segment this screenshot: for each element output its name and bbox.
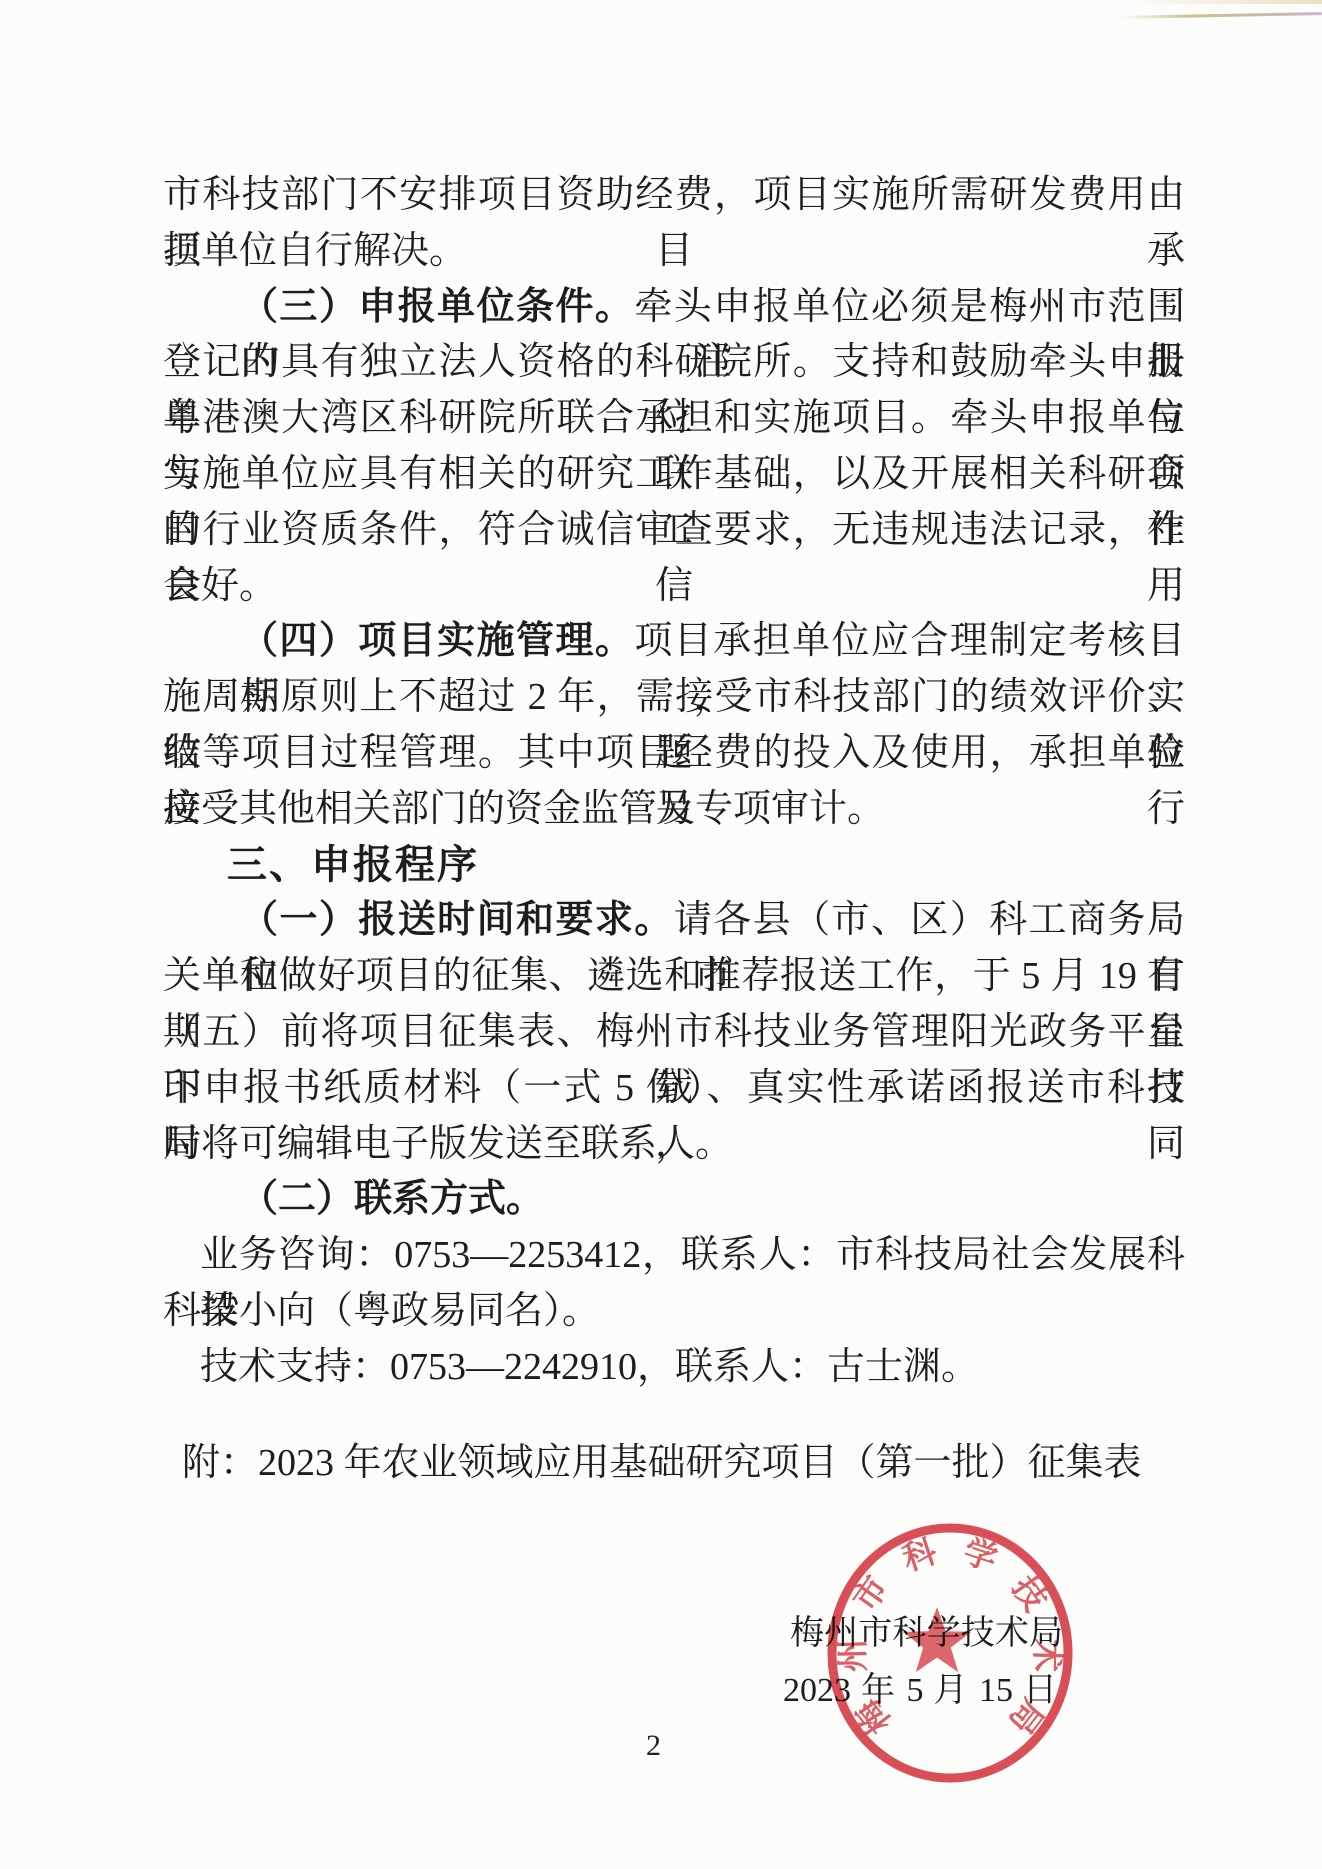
attachment-line: 附：2023 年农业领域应用基础研究项目（第一批）征集表 [163,1436,1185,1492]
document-lines: 市科技部门不安排项目资助经费，项目实施所需研发费用由项目承担单位自行解决。（三）… [163,168,1185,1396]
text-line: 印申报书纸质材料（一式 5 份）、真实性承诺函报送市科技局，同 [163,1061,1185,1117]
text-line: 粤港澳大湾区科研院所联合承担和实施项目。牵头申报单位与联合 [163,391,1185,447]
text-line: 技术支持：0753—2242910，联系人：古士渊。 [163,1340,1185,1396]
text-line: 业务咨询：0753—2253412，联系人：市科技局社会发展科技 [163,1228,1185,1284]
text-line: 科梁小向（粤政易同名）。 [163,1284,1185,1340]
text-line: 施周期原则上不超过 2 年，需接受市科技部门的绩效评价、结题验 [163,670,1185,726]
seal-text-char: 术 [1028,1639,1066,1673]
seal-star-icon [903,1607,971,1672]
text-line: 关单位做好项目的征集、遴选和推荐报送工作，于 5 月 19 日（星 [163,949,1185,1005]
text-line: 实施单位应具有相关的研究工作基础，以及开展相关科研项目工作 [163,447,1185,503]
section-heading: 三、申报程序 [163,838,1185,894]
text-line: 的行业资质条件，符合诚信审查要求，无违规违法记录，社会信用 [163,503,1185,559]
scan-artifact-corner [1130,0,1322,4]
text-line: 期五）前将项目征集表、梅州市科技业务管理阳光政务平台下载打 [163,1005,1185,1061]
text-line: （三）申报单位条件。牵头申报单位必须是梅州市范围内注册 [163,280,1185,336]
text-line: 市科技部门不安排项目资助经费，项目实施所需研发费用由项目承 [163,168,1185,224]
seal-text-char: 州 [836,1639,873,1673]
text-line: 收等项目过程管理。其中项目经费的投入及使用，承担单位应另行 [163,726,1185,782]
text-line: （一）报送时间和要求。请各县（市、区）科工商务局和市有 [163,893,1185,949]
text-line: （二）联系方式。 [163,1172,1185,1228]
text-line: 登记的具有独立法人资格的科研院所。支持和鼓励牵头申报单位与 [163,335,1185,391]
scan-artifact-line [1120,12,1322,19]
text-line: （四）项目实施管理。项目承担单位应合理制定考核目标，实 [163,614,1185,670]
page-number: 2 [0,1729,1307,1763]
